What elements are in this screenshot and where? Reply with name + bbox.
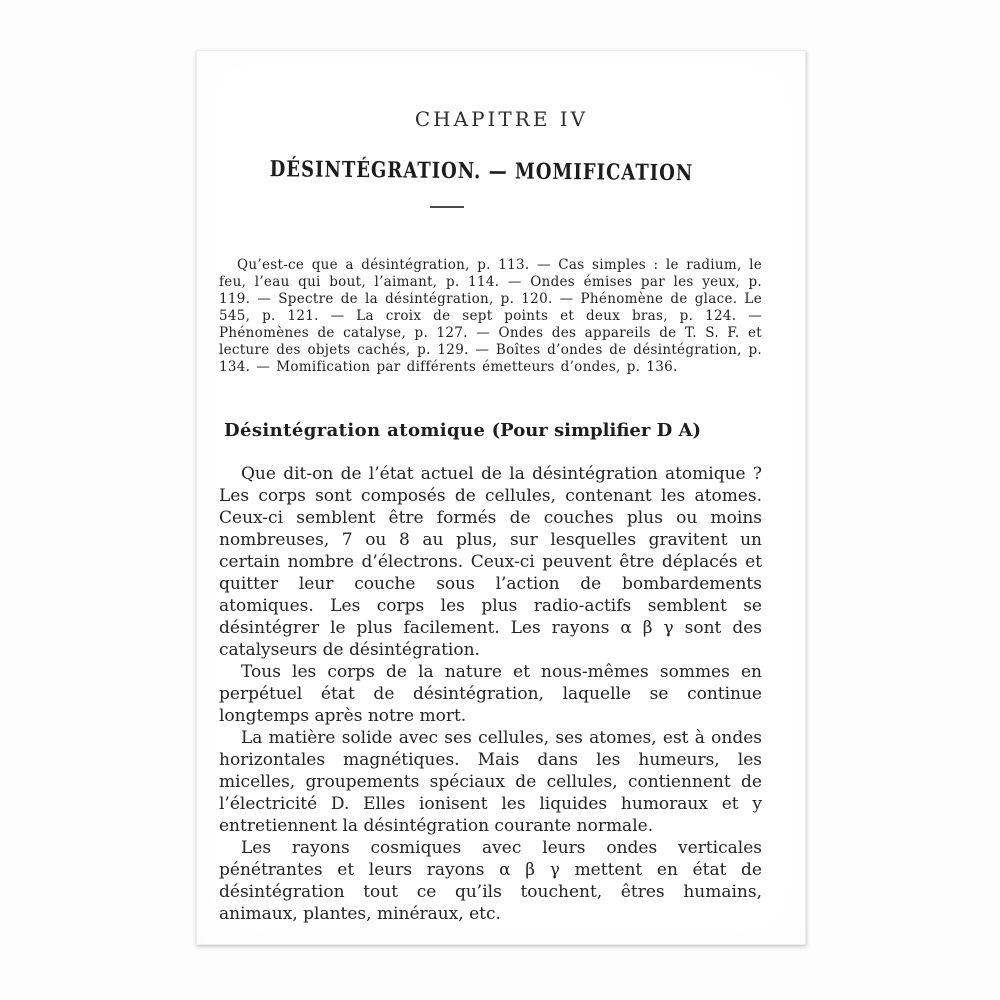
body-paragraph: La matière solide avec ses cellules, ses…	[219, 727, 762, 837]
section-heading: Désintégration atomique (Pour simplifier…	[191, 420, 734, 441]
scan-background: CHAPITRE IV DÉSINTÉGRATION. — MOMIFICATI…	[0, 0, 1000, 1000]
body-text: Que dit-on de l’état actuel de la désint…	[219, 463, 762, 925]
chapter-summary: Qu’est-ce que a désintégration, p. 113. …	[219, 257, 762, 376]
divider-rule	[430, 206, 464, 208]
body-paragraph: Tous les corps de la nature et nous-même…	[219, 661, 762, 727]
chapter-label: CHAPITRE IV	[230, 107, 773, 131]
chapter-title: DÉSINTÉGRATION. — MOMIFICATION	[210, 156, 753, 187]
body-paragraph: Les rayons cosmiques avec leurs ondes ve…	[219, 837, 762, 925]
body-paragraph: Que dit-on de l’état actuel de la désint…	[219, 463, 762, 661]
book-page: CHAPITRE IV DÉSINTÉGRATION. — MOMIFICATI…	[196, 50, 806, 945]
section-heading-note: (Pour simplifier D A)	[485, 420, 701, 441]
section-heading-bold: Désintégration atomique	[224, 420, 485, 441]
